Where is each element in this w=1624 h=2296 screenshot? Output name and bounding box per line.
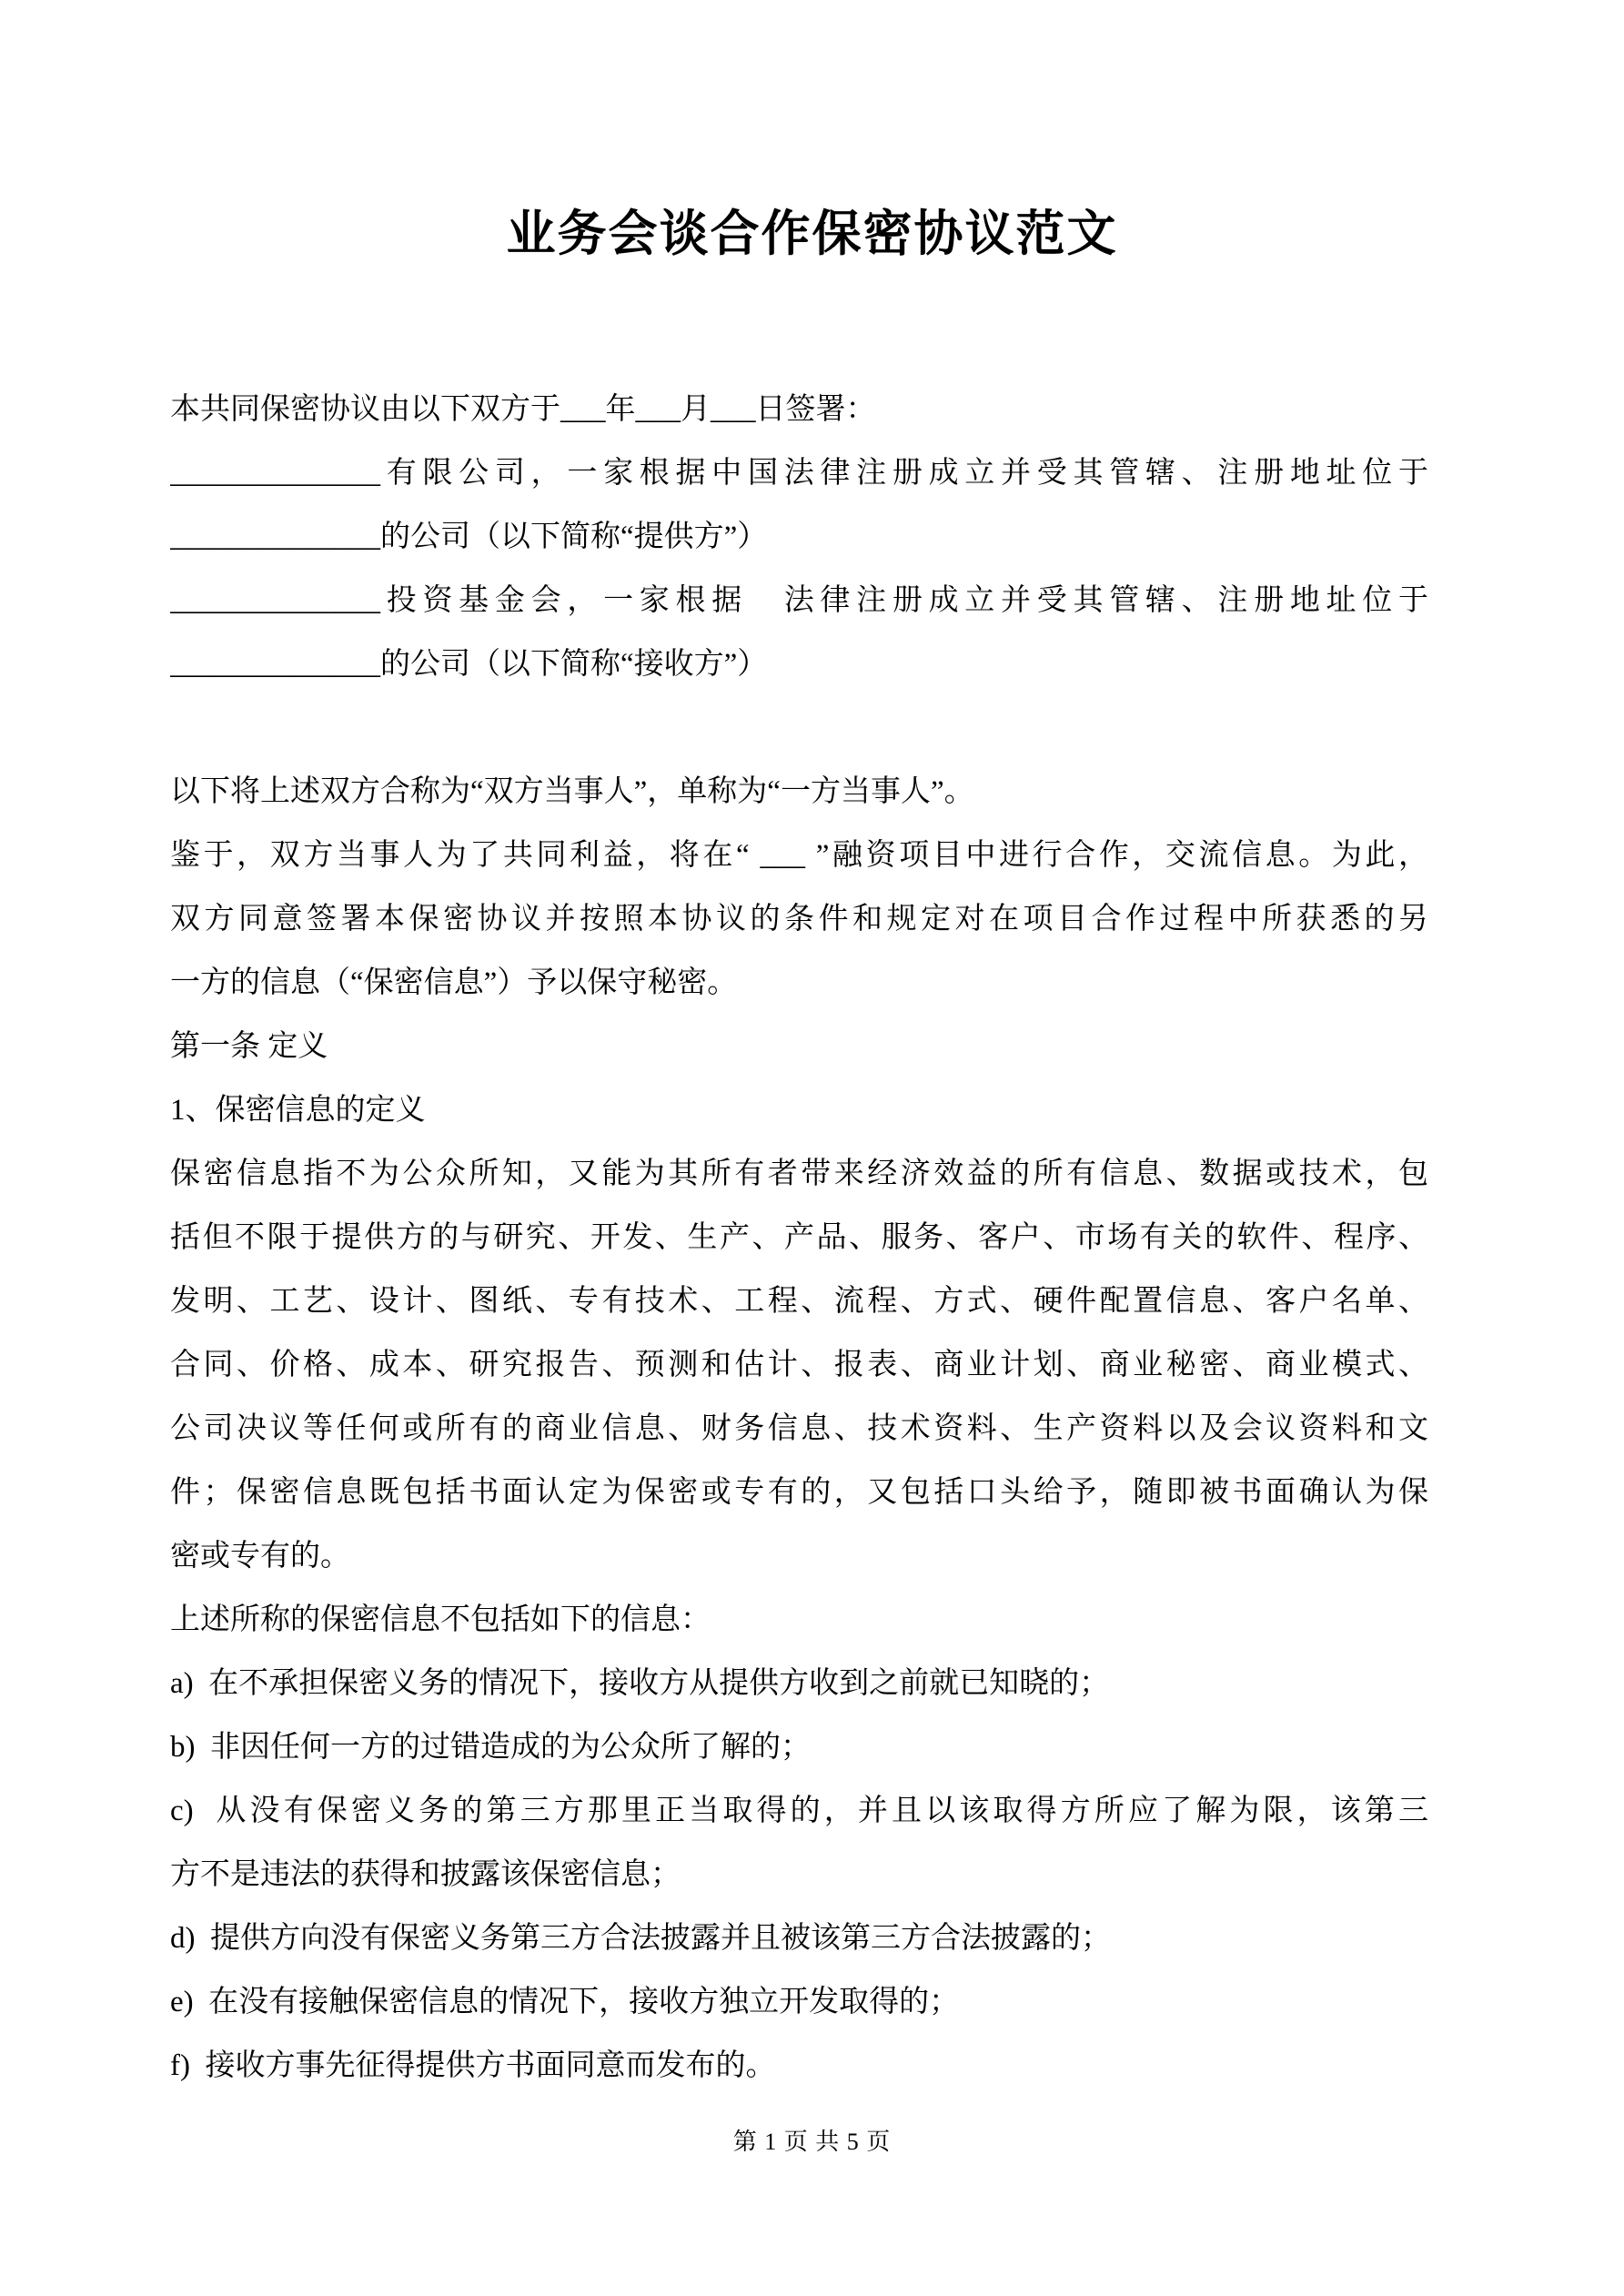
page-number-footer: 第 1 页 共 5 页 bbox=[0, 2128, 1624, 2157]
text-line: b) 非因任何一方的过错造成的为公众所了解的； bbox=[170, 1715, 1428, 1779]
document-title: 业务会谈合作保密协议范文 bbox=[0, 207, 1624, 261]
text-line: 方不是违法的获得和披露该保密信息； bbox=[170, 1843, 1428, 1907]
text-line: ______________的公司（以下简称“接收方”） bbox=[170, 632, 1428, 696]
blank-line bbox=[170, 696, 1428, 760]
text-line: 括但不限于提供方的与研究、开发、生产、产品、服务、客户、市场有关的软件、程序、 bbox=[170, 1206, 1428, 1269]
text-line: f) 接收方事先征得提供方书面同意而发布的。 bbox=[170, 2034, 1428, 2098]
text-line: 鉴于，双方当事人为了共同利益，将在“ ___ ”融资项目中进行合作，交流信息。为… bbox=[170, 824, 1428, 887]
text-line: 1、保密信息的定义 bbox=[170, 1078, 1428, 1142]
text-line: 件；保密信息既包括书面认定为保密或专有的，又包括口头给予，随即被书面确认为保 bbox=[170, 1461, 1428, 1524]
text-line: 双方同意签署本保密协议并按照本协议的条件和规定对在项目合作过程中所获悉的另 bbox=[170, 887, 1428, 951]
text-line: 一方的信息（“保密信息”）予以保守秘密。 bbox=[170, 951, 1428, 1015]
text-line: 保密信息指不为公众所知，又能为其所有者带来经济效益的所有信息、数据或技术，包 bbox=[170, 1142, 1428, 1206]
text-line: ______________有限公司，一家根据中国法律注册成立并受其管辖、注册地… bbox=[170, 441, 1428, 505]
document-page: { "document": { "title": "业务会谈合作保密协议范文",… bbox=[0, 0, 1624, 2296]
text-line: ______________投资基金会，一家根据 法律注册成立并受其管辖、注册地… bbox=[170, 569, 1428, 632]
text-line: ______________的公司（以下简称“提供方”） bbox=[170, 505, 1428, 569]
text-line: 密或专有的。 bbox=[170, 1524, 1428, 1588]
document-body: 本共同保密协议由以下双方于___年___月___日签署：____________… bbox=[170, 378, 1428, 2098]
text-line: 第一条 定义 bbox=[170, 1015, 1428, 1078]
text-line: a) 在不承担保密义务的情况下，接收方从提供方收到之前就已知晓的； bbox=[170, 1652, 1428, 1715]
text-line: 公司决议等任何或所有的商业信息、财务信息、技术资料、生产资料以及会议资料和文 bbox=[170, 1397, 1428, 1461]
text-line: 本共同保密协议由以下双方于___年___月___日签署： bbox=[170, 378, 1428, 441]
text-line: e) 在没有接触保密信息的情况下，接收方独立开发取得的； bbox=[170, 1970, 1428, 2034]
text-line: c) 从没有保密义务的第三方那里正当取得的，并且以该取得方所应了解为限，该第三 bbox=[170, 1779, 1428, 1843]
text-line: 合同、价格、成本、研究报告、预测和估计、报表、商业计划、商业秘密、商业模式、 bbox=[170, 1333, 1428, 1397]
text-line: d) 提供方向没有保密义务第三方合法披露并且被该第三方合法披露的； bbox=[170, 1907, 1428, 1970]
text-line: 上述所称的保密信息不包括如下的信息： bbox=[170, 1588, 1428, 1652]
text-line: 以下将上述双方合称为“双方当事人”，单称为“一方当事人”。 bbox=[170, 760, 1428, 824]
text-line: 发明、工艺、设计、图纸、专有技术、工程、流程、方式、硬件配置信息、客户名单、 bbox=[170, 1269, 1428, 1333]
